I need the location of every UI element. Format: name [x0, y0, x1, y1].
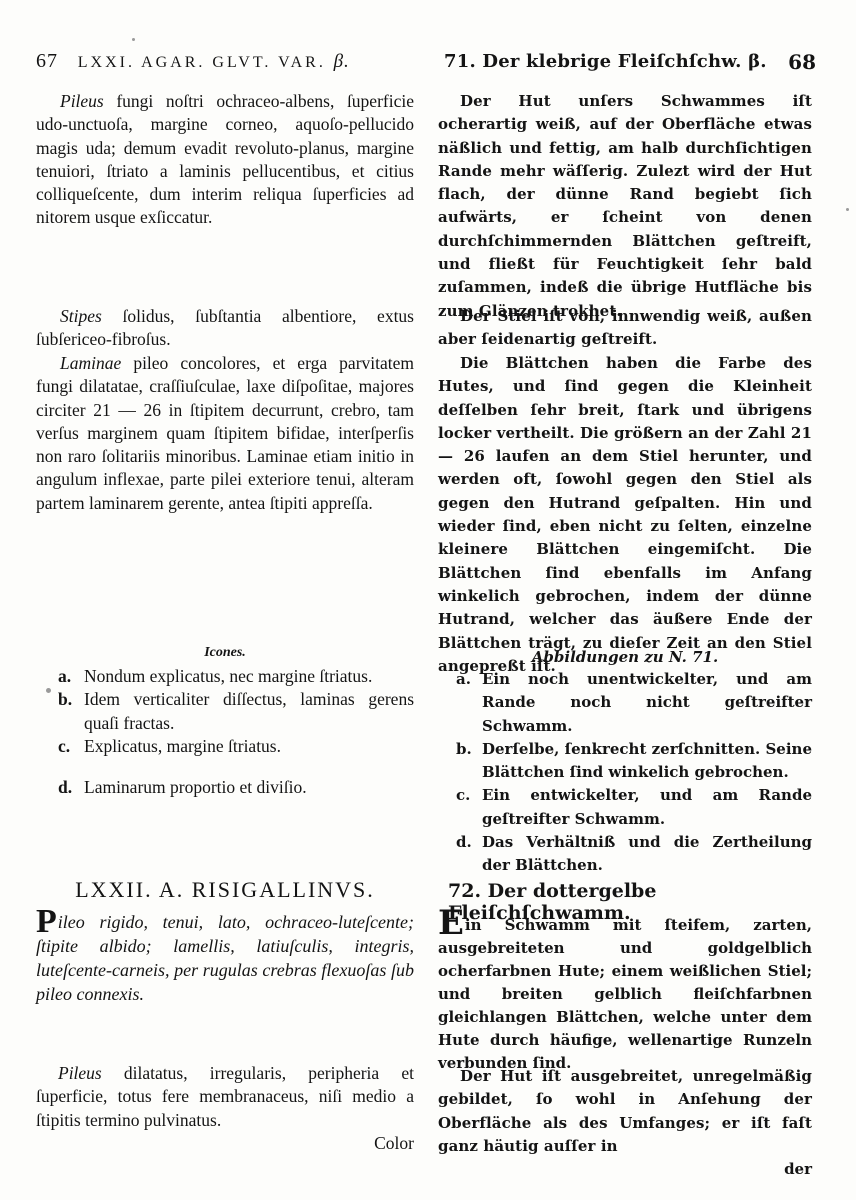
paragraph-text: Der Hut unſers Schwammes iſt ocherartig … — [438, 90, 812, 323]
right-running-title: 71. Der klebrige Fleiſchſchw. β. — [444, 51, 767, 72]
paragraph-text: fungi noſtri ochraceo-albens, ſuperficie… — [36, 91, 414, 227]
abbildungen-item-a: a.Ein noch unentwickelter, und am Rande … — [456, 668, 812, 738]
catchword: Color — [36, 1132, 414, 1155]
abbildungen-title: Abbildungen zu N. 71. — [438, 648, 812, 666]
left-paragraph-after: Pileus dilatatus, irregularis, peripheri… — [36, 1062, 414, 1155]
left-icones: Icones. a.Nondum explicatus, nec margine… — [36, 645, 414, 799]
diagnosis-text: in Schwamm mit ſteifem, zarten, ausgebre… — [438, 916, 812, 1072]
right-page-number: 68 — [788, 50, 816, 74]
paragraph-text: Der Hut iſt ausgebreitet, unregelmäßig g… — [438, 1065, 812, 1158]
abbildungen-item-b: b.Derſelbe, ſenkrecht zerſchnitten. Sein… — [456, 738, 812, 785]
left-running-title: LXXI. AGAR. GLVT. VAR. — [78, 54, 326, 71]
scan-speck — [132, 38, 135, 41]
right-paragraph-hut: Der Hut unſers Schwammes iſt ocherartig … — [438, 90, 812, 323]
lead-word: Laminae — [60, 353, 121, 373]
icones-item-c: c.Explicatus, margine ſtriatus. — [58, 735, 414, 758]
abbildungen-item-d: d.Das Verhältniß und die Zertheilung der… — [456, 831, 812, 878]
lead-word: Pileus — [60, 91, 104, 111]
abbildungen-list: a.Ein noch unentwickelter, und am Rande … — [438, 668, 812, 878]
paragraph-text: pileo concolores, et erga parvitatem fun… — [36, 353, 414, 513]
section-heading: LXXII. A. RISIGALLINVS. — [36, 877, 414, 903]
dropcap: P — [36, 903, 57, 940]
left-paragraph-laminae: Laminae pileo concolores, et erga parvit… — [36, 352, 414, 515]
right-diagnosis: Ein Schwamm mit ſteifem, zarten, ausgebr… — [438, 913, 812, 1075]
left-paragraph-pileus: Pileus fungi noſtri ochraceo-albens, ſup… — [36, 90, 414, 230]
lead-word: Pileus — [58, 1063, 102, 1083]
left-paragraph-stipes: Stipes ſolidus, ſubſtantia albentiore, e… — [36, 305, 414, 352]
left-running-title-suffix: β. — [334, 51, 350, 72]
right-paragraph-after: Der Hut iſt ausgebreitet, unregelmäßig g… — [438, 1065, 812, 1181]
right-abbildungen: Abbildungen zu N. 71. a.Ein noch unentwi… — [438, 648, 812, 878]
icones-item-d: d.Laminarum proportio et diviſio. — [58, 776, 414, 799]
left-section-heading-block: LXXII. A. RISIGALLINVS. — [36, 877, 414, 903]
scan-speck — [846, 208, 849, 211]
icones-title: Icones. — [36, 645, 414, 661]
paragraph-text: Der Stiel iſt voll, innwendig weiß, auße… — [438, 305, 812, 352]
paragraph-text: Die Blättchen haben die Farbe des Hutes,… — [438, 352, 812, 678]
catchword: der — [438, 1158, 812, 1181]
left-diagnosis: Pileo rigido, tenui, lato, ochraceo-lute… — [36, 910, 414, 1006]
left-running-head: 67 LXXI. AGAR. GLVT. VAR. β. — [36, 50, 350, 73]
icones-list: a.Nondum explicatus, nec margine ſtriatu… — [36, 665, 414, 799]
right-paragraph-stiel: Der Stiel iſt voll, innwendig weiß, auße… — [438, 305, 812, 352]
icones-item-b: b.Idem verticaliter diſſectus, laminas g… — [58, 688, 414, 735]
scan-speck — [46, 688, 51, 693]
book-spread: 67 LXXI. AGAR. GLVT. VAR. β. Pileus fung… — [0, 0, 856, 1200]
left-page-number: 67 — [36, 50, 58, 72]
right-running-head: 71. Der klebrige Fleiſchſchw. β. 68 — [444, 50, 816, 72]
diagnosis-text: ileo rigido, tenui, lato, ochraceo-luteſ… — [36, 912, 414, 1004]
abbildungen-item-c: c.Ein entwickelter, und am Rande geſtrei… — [456, 784, 812, 831]
icones-item-a: a.Nondum explicatus, nec margine ſtriatu… — [58, 665, 414, 688]
lead-word: Stipes — [60, 306, 102, 326]
right-paragraph-blaettchen: Die Blättchen haben die Farbe des Hutes,… — [438, 352, 812, 678]
dropcap: E — [438, 903, 464, 943]
